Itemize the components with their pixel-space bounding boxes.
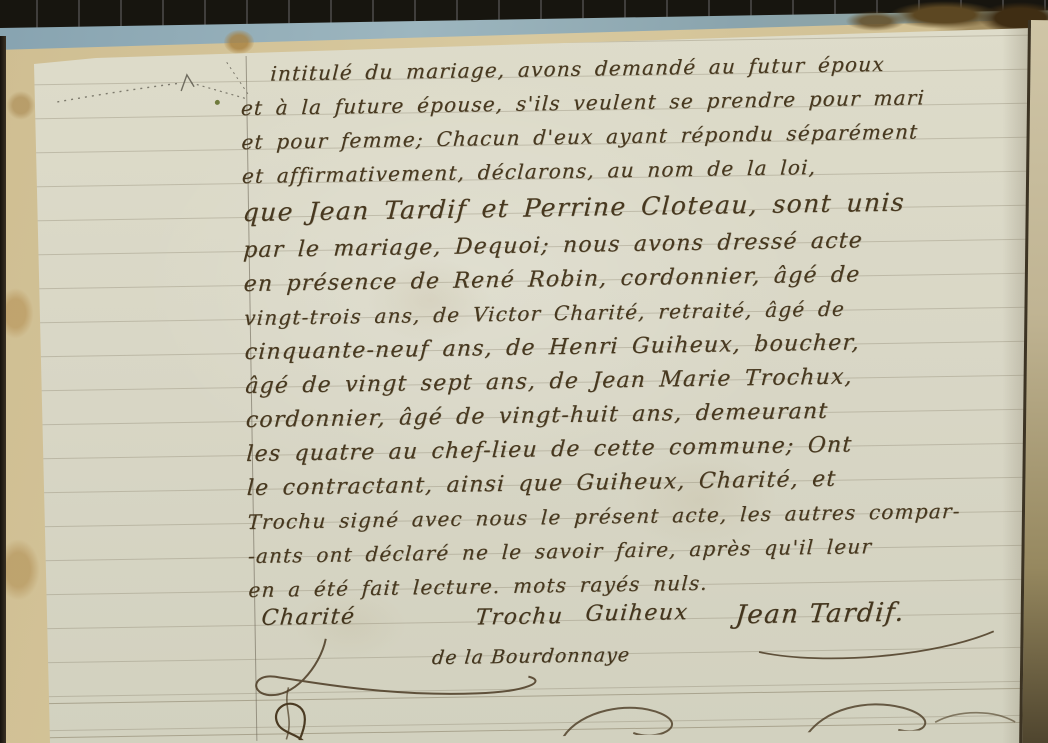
round-stain xyxy=(224,30,254,54)
bottom-flourish xyxy=(935,712,1015,723)
bottom-flourish xyxy=(563,707,672,737)
pencil-dashed-ray xyxy=(227,62,250,96)
pencil-dashed-ray xyxy=(191,82,247,100)
next-act-initial xyxy=(276,703,309,743)
pencil-check-mark xyxy=(181,75,194,91)
ink-speck xyxy=(215,100,220,105)
binding-shadow xyxy=(0,36,6,743)
signature-underline xyxy=(759,631,994,659)
scanned-register-photo: intitulé du mariage, avons demandé au fu… xyxy=(0,0,1048,743)
pencil-dashed-line xyxy=(57,83,181,102)
ink-flourishes xyxy=(0,0,1048,743)
register-page: intitulé du mariage, avons demandé au fu… xyxy=(0,0,1048,743)
officiant-paraphe xyxy=(255,636,535,698)
bottom-flourish xyxy=(805,704,926,738)
page-content: intitulé du mariage, avons demandé au fu… xyxy=(0,0,1048,743)
